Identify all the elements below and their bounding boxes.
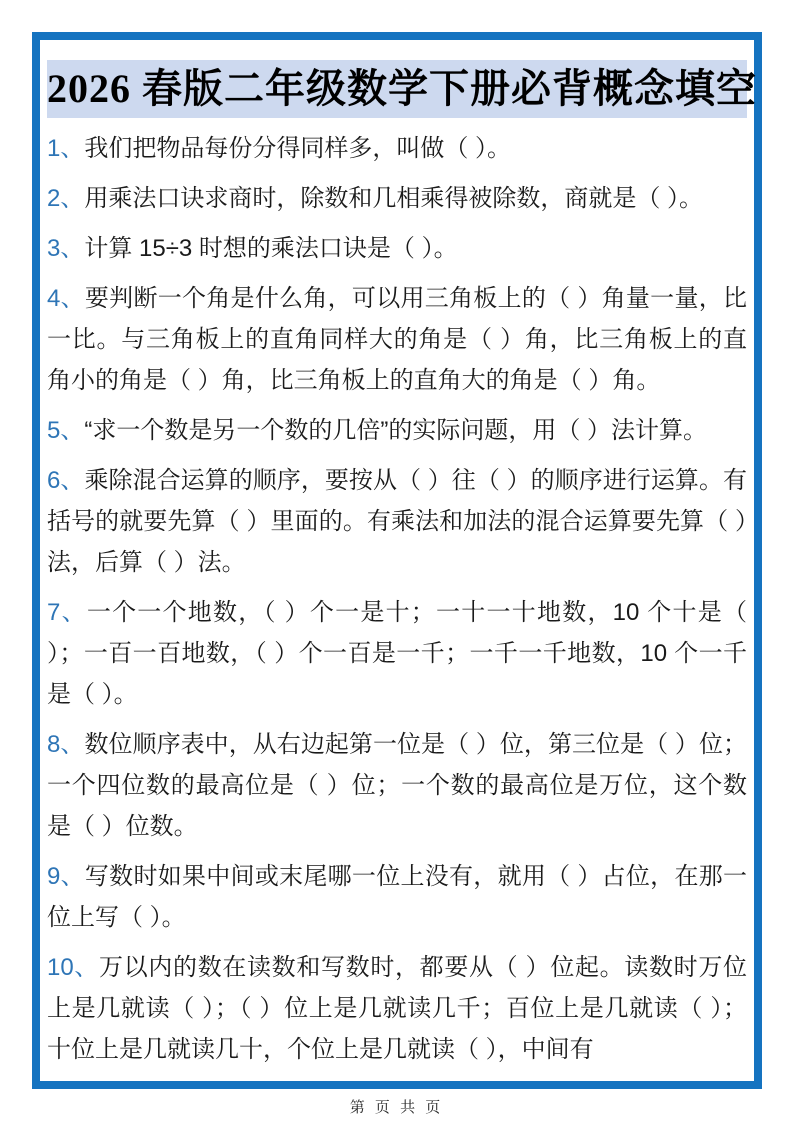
question-number: 2、: [47, 185, 84, 212]
question-number: 8、: [47, 731, 84, 758]
question-text: 计算 15÷3 时想的乘法口诀是（ ）。: [84, 235, 457, 262]
question-number: 10、: [47, 954, 99, 981]
question-item: 3、计算 15÷3 时想的乘法口诀是（ ）。: [47, 228, 747, 269]
question-item: 10、万以内的数在读数和写数时，都要从（ ）位起。读数时万位上是几就读（ ）；（…: [47, 947, 747, 1070]
question-text: 乘除混合运算的顺序，要按从（ ）往（ ）的顺序进行运算。有括号的就要先算（ ）里…: [47, 467, 747, 576]
question-number: 5、: [47, 417, 84, 444]
question-list: 1、我们把物品每份分得同样多，叫做（ ）。 2、用乘法口诀求商时，除数和几相乘得…: [40, 118, 754, 1070]
question-item: 5、“求一个数是另一个数的几倍”的实际问题，用（ ）法计算。: [47, 410, 747, 451]
question-item: 1、我们把物品每份分得同样多，叫做（ ）。: [47, 128, 747, 169]
question-number: 1、: [47, 135, 84, 162]
question-text: 写数时如果中间或末尾哪一位上没有，就用（ ）占位，在那一位上写（ ）。: [47, 863, 747, 931]
question-number: 3、: [47, 235, 84, 262]
question-text: 一个一个地数，（ ）个一是十；一十一十地数，10 个十是（ ）；一百一百地数，（…: [47, 599, 747, 708]
worksheet-title: 2026 春版二年级数学下册必背概念填空: [47, 60, 747, 118]
question-number: 9、: [47, 863, 85, 890]
question-item: 6、乘除混合运算的顺序，要按从（ ）往（ ）的顺序进行运算。有括号的就要先算（ …: [47, 460, 747, 583]
question-text: 用乘法口诀求商时，除数和几相乘得被除数，商就是（ ）。: [84, 185, 703, 212]
page-footer: 第 页 共 页: [0, 1096, 793, 1117]
question-text: 万以内的数在读数和写数时，都要从（ ）位起。读数时万位上是几就读（ ）；（ ）位…: [47, 954, 747, 1063]
question-item: 8、数位顺序表中，从右边起第一位是（ ）位，第三位是（ ）位；一个四位数的最高位…: [47, 724, 747, 847]
question-number: 6、: [47, 467, 84, 494]
question-text: 数位顺序表中，从右边起第一位是（ ）位，第三位是（ ）位；一个四位数的最高位是（…: [47, 731, 747, 840]
question-text: 要判断一个角是什么角，可以用三角板上的（ ）角量一量，比一比。与三角板上的直角同…: [47, 285, 747, 394]
question-text: “求一个数是另一个数的几倍”的实际问题，用（ ）法计算。: [84, 417, 707, 444]
question-text: 我们把物品每份分得同样多，叫做（ ）。: [84, 135, 511, 162]
question-number: 7、: [47, 599, 87, 626]
page-border-frame: 2026 春版二年级数学下册必背概念填空 1、我们把物品每份分得同样多，叫做（ …: [32, 32, 762, 1089]
question-item: 7、一个一个地数，（ ）个一是十；一十一十地数，10 个十是（ ）；一百一百地数…: [47, 592, 747, 715]
question-item: 2、用乘法口诀求商时，除数和几相乘得被除数，商就是（ ）。: [47, 178, 747, 219]
question-item: 4、要判断一个角是什么角，可以用三角板上的（ ）角量一量，比一比。与三角板上的直…: [47, 278, 747, 401]
question-number: 4、: [47, 285, 85, 312]
question-item: 9、写数时如果中间或末尾哪一位上没有，就用（ ）占位，在那一位上写（ ）。: [47, 856, 747, 938]
